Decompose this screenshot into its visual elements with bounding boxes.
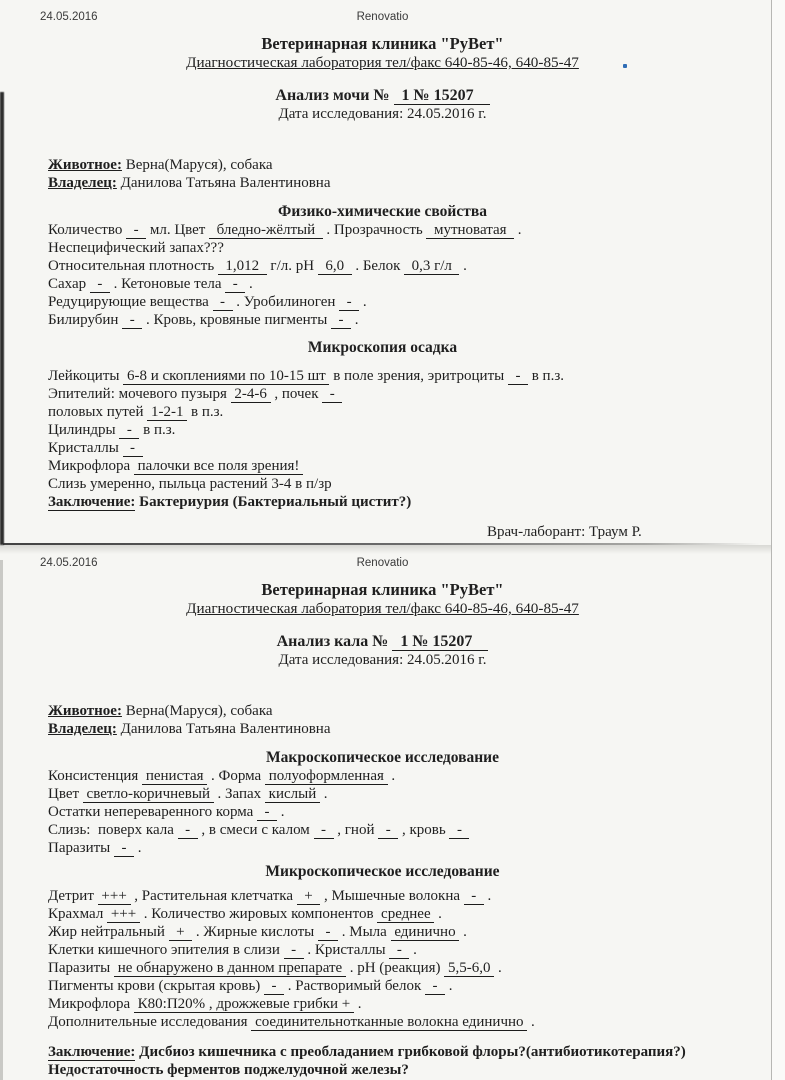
section-macroscopic-lines: Консистенция пенистая . Форма полуоформл… bbox=[48, 767, 761, 857]
form-line: Недостаточность ферментов поджелудочной … bbox=[48, 1061, 761, 1079]
section-microscopic-lines: Детрит +++ , Растительная клетчатка + , … bbox=[48, 887, 761, 1031]
form-line: Крахмал +++ . Количество жировых компоне… bbox=[48, 905, 761, 923]
animal-label: Животное: bbox=[48, 157, 122, 173]
form-line: Цилиндры - в п.з. bbox=[48, 421, 761, 439]
section-microscopy-lines: Лейкоциты 6-8 и скоплениями по 10-15 шт … bbox=[48, 367, 761, 511]
report-title: Анализ мочи № 1 № 15207 bbox=[0, 86, 765, 105]
section-heading-microscopic: Микроскопическое исследование bbox=[0, 863, 765, 881]
report-title-label: Анализ кала № bbox=[277, 633, 389, 650]
section-heading-physchem: Физико-химические свойства bbox=[0, 203, 765, 221]
report-number: 1 № 15207 bbox=[392, 633, 488, 651]
form-line: Слизь: поверх кала - , в смеси с калом -… bbox=[48, 821, 761, 839]
form-line: Заключение: Дисбиоз кишечника с преоблад… bbox=[48, 1043, 761, 1061]
clinic-name: Ветеринарная клиника "РуВет" bbox=[0, 580, 765, 599]
section-physchem-lines: Количество - мл. Цвет бледно-жёлтый . Пр… bbox=[48, 221, 761, 329]
form-line: Слизь умеренно, пыльца растений 3-4 в п/… bbox=[48, 475, 761, 493]
scanned-lab-report: 24.05.2016 Renovatio Ветеринарная клиник… bbox=[0, 0, 785, 1080]
animal-line: Животное: Верна(Маруся), собака bbox=[48, 156, 755, 174]
scan-edge-left-light bbox=[0, 560, 3, 1080]
page-stool-analysis: 24.05.2016 Renovatio Ветеринарная клиник… bbox=[0, 546, 785, 1080]
form-line: Паразиты - . bbox=[48, 839, 761, 857]
patient-block: Животное: Верна(Маруся), собака Владелец… bbox=[48, 156, 755, 192]
lab-doctor-line: Врач-лаборант: Траум Р. bbox=[487, 524, 642, 541]
form-line: Сахар - . Кетоновые тела - . bbox=[48, 275, 761, 293]
patient-block: Животное: Верна(Маруся), собака Владелец… bbox=[48, 702, 755, 738]
page-urine-analysis: 24.05.2016 Renovatio Ветеринарная клиник… bbox=[0, 0, 785, 546]
print-app-title: Renovatio bbox=[0, 557, 765, 569]
page-divider-line bbox=[3, 543, 760, 545]
owner-line: Владелец: Данилова Татьяна Валентиновна bbox=[48, 720, 755, 738]
form-line: Жир нейтральный + . Жирные кислоты - . М… bbox=[48, 923, 761, 941]
form-line: Лейкоциты 6-8 и скоплениями по 10-15 шт … bbox=[48, 367, 761, 385]
lab-contact-line: Диагностическая лаборатория тел/факс 640… bbox=[0, 53, 765, 72]
animal-line: Животное: Верна(Маруся), собака bbox=[48, 702, 755, 720]
lab-contact-line: Диагностическая лаборатория тел/факс 640… bbox=[0, 599, 765, 618]
form-line: Неспецифический запах??? bbox=[48, 239, 761, 257]
form-line: Цвет светло-коричневый . Запах кислый . bbox=[48, 785, 761, 803]
form-line: Остатки непереваренного корма - . bbox=[48, 803, 761, 821]
owner-label: Владелец: bbox=[48, 721, 117, 737]
form-line: Заключение: Бактериурия (Бактериальный ц… bbox=[48, 493, 761, 511]
form-line: Консистенция пенистая . Форма полуоформл… bbox=[48, 767, 761, 785]
animal-label: Животное: bbox=[48, 703, 122, 719]
owner-line: Владелец: Данилова Татьяна Валентиновна bbox=[48, 174, 755, 192]
scan-edge-left-dark bbox=[0, 92, 4, 545]
form-line: Эпителий: мочевого пузыря 2-4-6 , почек … bbox=[48, 385, 761, 403]
print-app-title: Renovatio bbox=[0, 11, 765, 23]
owner-label: Владелец: bbox=[48, 175, 117, 191]
blue-ink-speck bbox=[623, 64, 627, 68]
form-line: Микрофлора К80:П20% , дрожжевые грибки +… bbox=[48, 995, 761, 1013]
form-line: Детрит +++ , Растительная клетчатка + , … bbox=[48, 887, 761, 905]
study-date: Дата исследования: 24.05.2016 г. bbox=[0, 105, 765, 123]
form-line: Дополнительные исследования соединительн… bbox=[48, 1013, 761, 1031]
owner-value: Данилова Татьяна Валентиновна bbox=[121, 721, 331, 737]
form-line: половых путей 1-2-1 в п.з. bbox=[48, 403, 761, 421]
form-line: Билирубин - . Кровь, кровяные пигменты -… bbox=[48, 311, 761, 329]
owner-value: Данилова Татьяна Валентиновна bbox=[121, 175, 331, 191]
scan-edge-right-line bbox=[771, 0, 772, 1080]
form-line: Клетки кишечного эпителия в слизи - . Кр… bbox=[48, 941, 761, 959]
scan-right-margin bbox=[772, 0, 785, 1080]
report-title-label: Анализ мочи № bbox=[275, 87, 389, 104]
study-date: Дата исследования: 24.05.2016 г. bbox=[0, 651, 765, 669]
page-divider-shadow bbox=[0, 545, 785, 554]
section-heading-microscopy: Микроскопия осадка bbox=[0, 339, 765, 357]
form-line: Относительная плотность 1,012 г/л. pH 6,… bbox=[48, 257, 761, 275]
animal-value: Верна(Маруся), собака bbox=[126, 157, 273, 173]
conclusion-block: Заключение: Дисбиоз кишечника с преоблад… bbox=[48, 1043, 761, 1079]
form-line: Пигменты крови (скрытая кровь) - . Раств… bbox=[48, 977, 761, 995]
form-line: Кристаллы - bbox=[48, 439, 761, 457]
form-line: Количество - мл. Цвет бледно-жёлтый . Пр… bbox=[48, 221, 761, 239]
section-heading-macroscopic: Макроскопическое исследование bbox=[0, 749, 765, 767]
form-line: Редуцирующие вещества - . Уробилиноген -… bbox=[48, 293, 761, 311]
form-line: Микрофлора палочки все поля зрения! bbox=[48, 457, 761, 475]
clinic-name: Ветеринарная клиника "РуВет" bbox=[0, 34, 765, 53]
animal-value: Верна(Маруся), собака bbox=[126, 703, 273, 719]
report-title: Анализ кала № 1 № 15207 bbox=[0, 632, 765, 651]
report-number: 1 № 15207 bbox=[394, 87, 490, 105]
form-line: Паразиты не обнаружено в данном препарат… bbox=[48, 959, 761, 977]
